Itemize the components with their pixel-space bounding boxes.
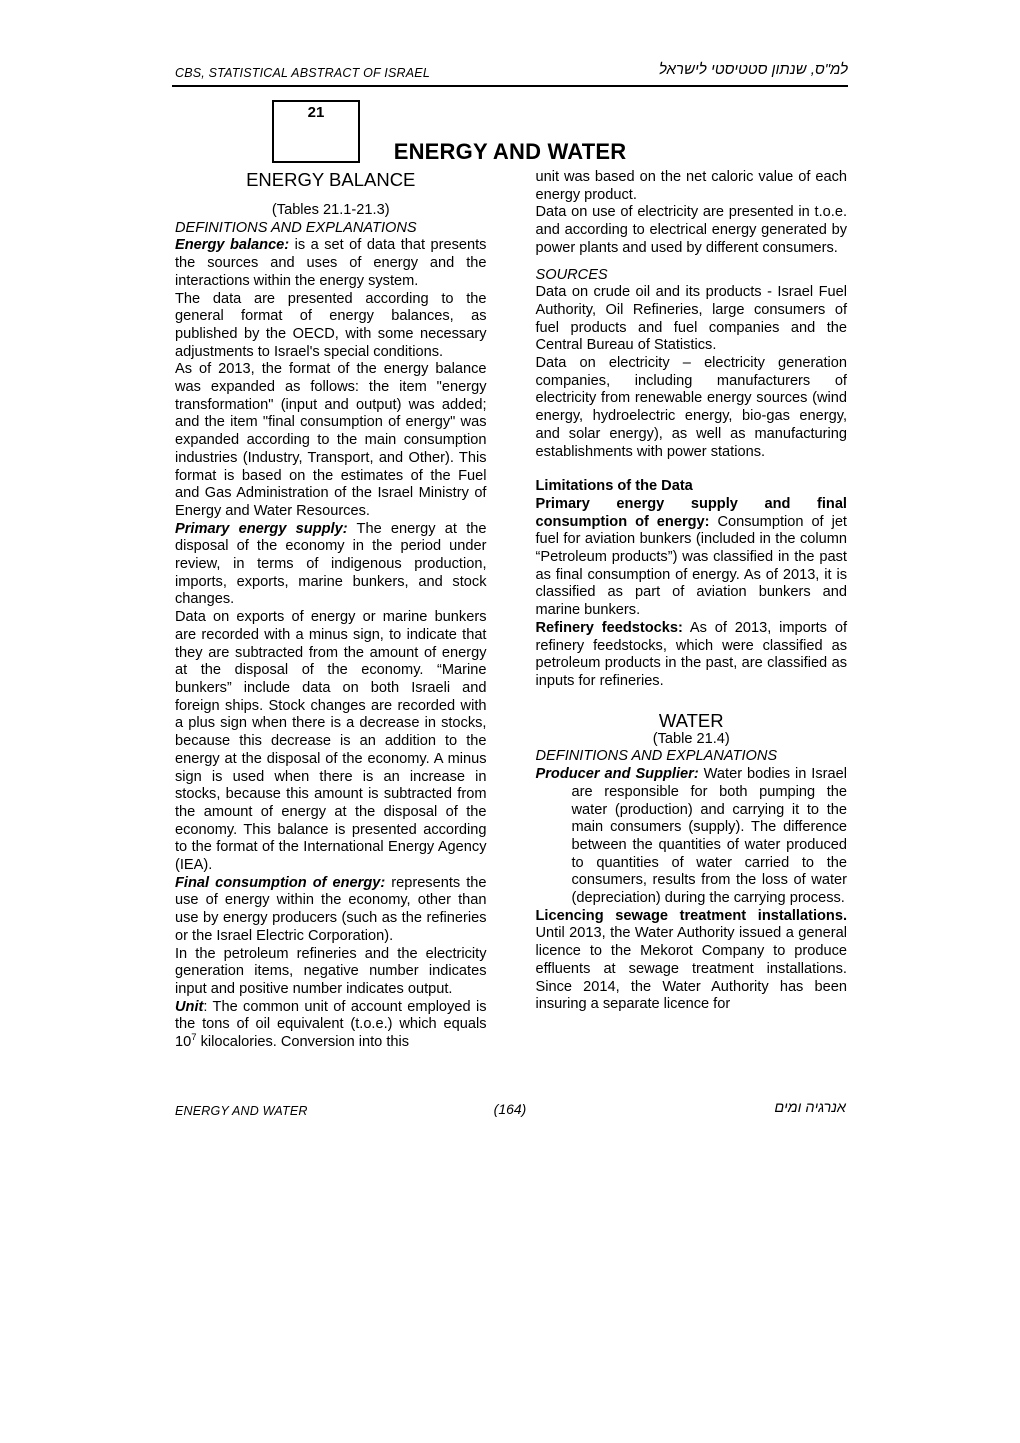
- definitions-label-water: DEFINITIONS AND EXPLANATIONS: [536, 748, 848, 766]
- paragraph-producer-supplier: Producer and Supplier: Water bodies in I…: [536, 766, 848, 908]
- limitations-heading: Limitations of the Data: [536, 478, 848, 496]
- paragraph-text: kilocalories. Conversion into this: [197, 1034, 410, 1050]
- footer-chapter-he: אנרגיה ומים: [774, 1100, 846, 1116]
- term-unit: Unit: [175, 999, 203, 1015]
- left-column: ENERGY BALANCE (Tables 21.1-21.3) DEFINI…: [175, 169, 487, 1052]
- chapter-number: 21: [308, 104, 325, 121]
- term-licencing-sewage: Licencing sewage treatment installations…: [536, 908, 848, 924]
- paragraph-text: Water bodies in Israel are responsible f…: [572, 766, 848, 906]
- section-heading-energy-balance: ENERGY BALANCE: [175, 169, 487, 190]
- right-column: unit was based on the net caloric value …: [536, 169, 848, 1052]
- header-publication-en: CBS, STATISTICAL ABSTRACT OF ISRAEL: [175, 66, 430, 80]
- header-rule: [172, 85, 848, 87]
- header-publication-he: למ"ס, שנתון סטטיסטי לישראל: [659, 61, 848, 78]
- term-energy-balance: Energy balance:: [175, 237, 289, 253]
- term-producer-supplier: Producer and Supplier:: [536, 766, 699, 782]
- paragraph-petroleum-refineries: In the petroleum refineries and the elec…: [175, 946, 487, 999]
- paragraph-as-of-2013: As of 2013, the format of the energy bal…: [175, 361, 487, 520]
- paragraph-refinery-feedstocks: Refinery feedstocks: As of 2013, imports…: [536, 620, 848, 691]
- term-primary-energy-supply: Primary energy supply:: [175, 521, 348, 537]
- paragraph-electricity-use: Data on use of electricity are presented…: [536, 204, 848, 257]
- tables-reference: (Tables 21.1-21.3): [175, 202, 487, 220]
- page-title: ENERGY AND WATER: [0, 139, 1020, 165]
- paragraph-primary-energy-supply: Primary energy supply: The energy at the…: [175, 521, 487, 610]
- term-final-consumption: Final consumption of energy:: [175, 875, 385, 891]
- document-page: CBS, STATISTICAL ABSTRACT OF ISRAEL למ"ס…: [0, 0, 1020, 1443]
- paragraph-electricity-sources: Data on electricity – electricity genera…: [536, 355, 848, 461]
- term-refinery-feedstocks: Refinery feedstocks:: [536, 620, 683, 636]
- section-heading-water: WATER: [536, 710, 848, 731]
- footer-page-number: (164): [0, 1101, 1020, 1117]
- paragraph-energy-balance: Energy balance: is a set of data that pr…: [175, 237, 487, 290]
- paragraph-final-consumption: Final consumption of energy: represents …: [175, 875, 487, 946]
- paragraph-exports-minus-sign: Data on exports of energy or marine bunk…: [175, 609, 487, 875]
- paragraph-text: Until 2013, the Water Authority issued a…: [536, 925, 848, 1012]
- paragraph-unit: Unit: The common unit of account employe…: [175, 999, 487, 1052]
- paragraph-limitations-primary: Primary energy supply and final consumpt…: [536, 496, 848, 620]
- paragraph-licencing-sewage: Licencing sewage treatment installations…: [536, 908, 848, 1014]
- paragraph-crude-oil-sources: Data on crude oil and its products - Isr…: [536, 284, 848, 355]
- table-reference-water: (Table 21.4): [536, 731, 848, 749]
- paragraph-data-presented: The data are presented according to the …: [175, 291, 487, 362]
- definitions-label: DEFINITIONS AND EXPLANATIONS: [175, 220, 487, 238]
- paragraph-unit-continued: unit was based on the net caloric value …: [536, 169, 848, 204]
- sources-heading: SOURCES: [536, 267, 848, 285]
- body-columns: ENERGY BALANCE (Tables 21.1-21.3) DEFINI…: [175, 169, 847, 1052]
